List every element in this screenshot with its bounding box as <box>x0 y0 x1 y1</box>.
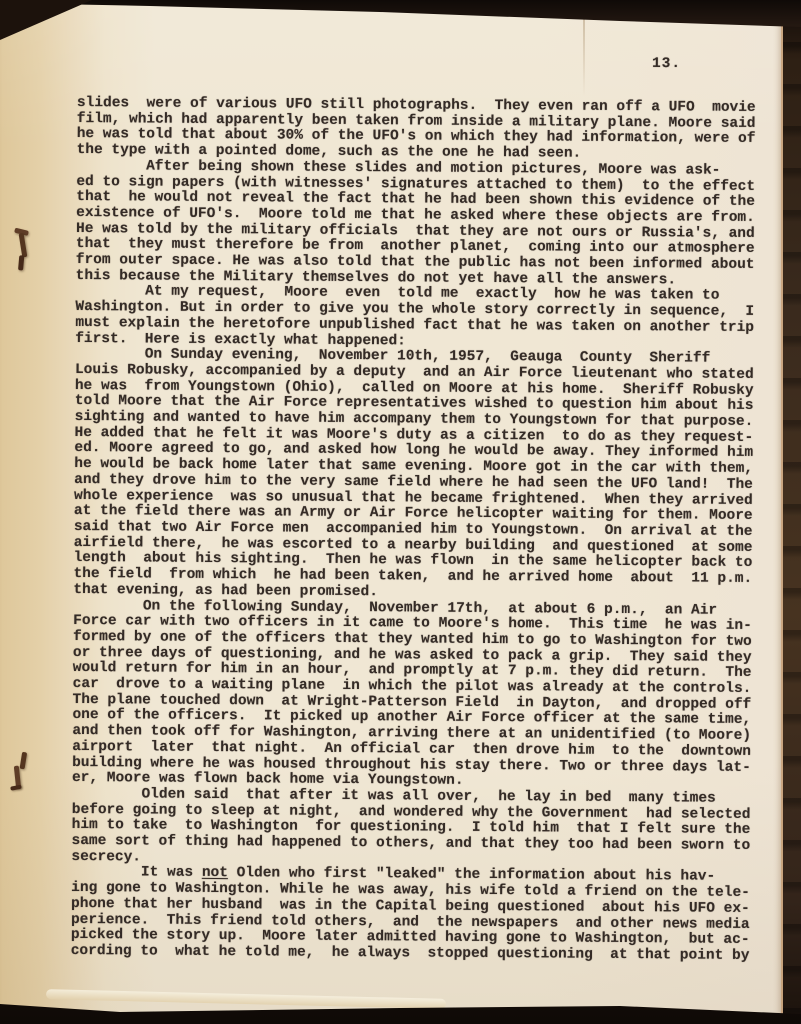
page-number: 13. <box>652 56 681 72</box>
staple-icon <box>10 227 41 279</box>
typed-text-block: slides were of various UFO still photogr… <box>71 96 777 965</box>
staple-icon <box>7 751 38 802</box>
underlined-word: not <box>202 865 228 881</box>
photo-backdrop: { "page": { "number": "13.", "lines": [ … <box>0 0 801 1024</box>
